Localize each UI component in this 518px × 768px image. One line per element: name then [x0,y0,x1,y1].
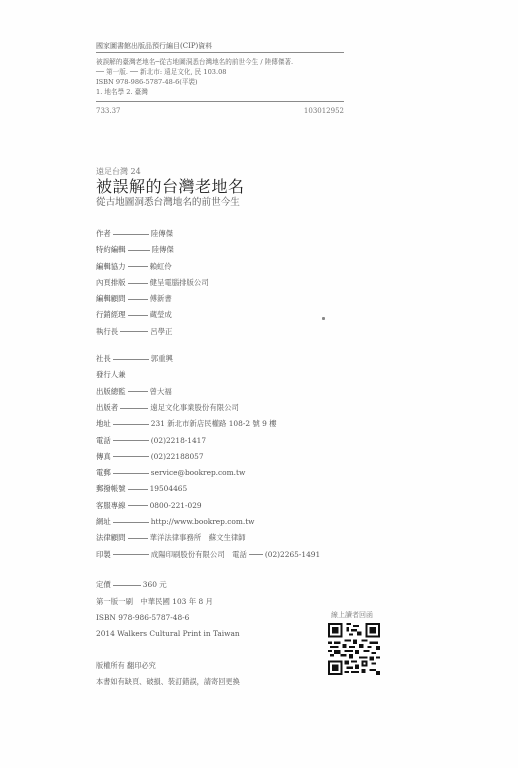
credit-row: 編輯顧問傅新書 [96,291,209,307]
leader-dash [113,554,149,555]
leader-dash [128,538,148,539]
credit-row: 電郵service@bookrep.com.tw [96,465,320,481]
leader-dash [120,331,148,332]
qr-label: 線上讀者回函 [320,610,384,620]
leader-dash [113,440,149,441]
credit-label: 出版者 [96,400,118,416]
leader-dash [128,489,148,490]
credit-label: 出版總監 [96,384,126,400]
leader-dash [128,299,148,300]
credit-value: 0800-221-029 [150,498,202,514]
credit-label: 電話 [96,433,111,449]
credit-row: 發行人兼 [96,367,320,383]
credit-row: 特約編輯陸傳傑 [96,242,209,258]
credit-row: 郵撥帳號19504465 [96,481,320,497]
credit-value: 華洋法律事務所 蘇文生律師 [150,530,246,546]
credit-label: 地址 [96,416,111,432]
credit-label: 特約編輯 [96,242,126,258]
credit-label: 客服專線 [96,498,126,514]
credit-value: (02)2218-1417 [151,433,206,449]
series-label: 遠足台灣 24 [96,166,141,177]
price-row: 定價 360 元 [96,577,240,593]
rights-line: 版權所有 翻印必究 [96,658,240,674]
rights-line: 本書如有缺頁、破損、裝訂錯誤，請寄回更換 [96,674,240,690]
credit-row: 法律顧問華洋法律事務所 蘇文生律師 [96,530,320,546]
credit-label: 編輯顧問 [96,291,126,307]
credit-row: 編輯協力賴虹伶 [96,259,209,275]
price-label: 定價 [96,577,111,593]
credit-value: 遠足文化事業股份有限公司 [150,400,239,416]
credit-value: 231 新北市新店民權路 108-2 號 9 樓 [151,416,277,432]
copyright-page: 國家圖書館出版品預行編目(CIP)資料 被誤解的臺灣老地名─從古地圖洞悉台灣地名… [0,0,518,768]
credit-row: 執行長呂學正 [96,324,209,340]
credit-value: 健呈電腦排版公司 [150,275,209,291]
price-value: 360 元 [143,577,167,593]
leader-dash [128,315,148,316]
leader-dash [113,522,149,523]
classification-number: 733.37 [96,107,121,115]
leader-dash [120,408,148,409]
leader-dash [113,234,149,235]
leader-dash [113,473,149,474]
leader-dash [128,505,148,506]
credit-row: 出版總監曾大福 [96,384,320,400]
credit-label: 社長 [96,351,111,367]
rights-notice: 版權所有 翻印必究 本書如有缺頁、破損、裝訂錯誤，請寄回更換 [96,658,240,690]
credit-value: 曾大福 [150,384,172,400]
leader-dash [113,585,141,586]
credit-row: 內頁排版健呈電腦排版公司 [96,275,209,291]
record-number: 103012952 [304,107,344,115]
credit-value: 郭重興 [151,351,173,367]
reader-feedback-qr[interactable]: 線上讀者回函 [320,610,384,679]
scan-speck [322,317,325,320]
credit-row: 行銷經理蔵瑩成 [96,307,209,323]
leader-dash [128,283,148,284]
credit-value: 呂學正 [150,324,172,340]
leader-dash [128,266,148,267]
credits-list: 作者陸傳傑特約編輯陸傳傑編輯協力賴虹伶內頁排版健呈電腦排版公司編輯顧問傅新書行銷… [96,226,209,340]
credit-row: 作者陸傳傑 [96,226,209,242]
credit-value: http://www.bookrep.com.tw [151,514,255,530]
publisher-info-list: 社長郭重興發行人兼出版總監曾大福出版者遠足文化事業股份有限公司地址231 新北市… [96,351,320,563]
credit-value: 傅新書 [150,291,172,307]
credit-value: 蔵瑩成 [150,307,172,323]
credit-label: 印製 [96,547,111,563]
cip-header: 國家圖書館出版品預行編目(CIP)資料 [96,40,344,52]
divider [96,101,344,102]
credit-row: 出版者遠足文化事業股份有限公司 [96,400,320,416]
credit-value: 陸傳傑 [152,242,174,258]
credit-value: service@bookrep.com.tw [151,465,245,481]
credit-value: 19504465 [150,481,188,497]
credit-value: 賴虹伶 [150,259,172,275]
isbn: ISBN 978-986-5787-48-6 [96,610,240,626]
cip-body: 被誤解的臺灣老地名─從古地圖洞悉台灣地名的前世今生 / 陸傳傑著. ── 第一版… [96,57,344,97]
credit-value: (02)22188057 [151,449,204,465]
credit-value: 陸傳傑 [151,226,173,242]
leader-dash [113,359,149,360]
leader-dash [113,456,149,457]
credit-label: 法律顧問 [96,530,126,546]
cip-footer: 733.37 103012952 [96,107,344,115]
credit-label: 網址 [96,514,111,530]
credit-row: 客服專線0800-221-029 [96,498,320,514]
edition: 第一版一刷 中華民國 103 年 8 月 [96,593,240,609]
qr-code-icon[interactable] [328,623,380,675]
cip-line: ISBN 978-986-5787-48-6(平裝) [96,77,344,87]
book-title: 被誤解的台灣老地名 [96,178,245,196]
cip-line: 被誤解的臺灣老地名─從古地圖洞悉台灣地名的前世今生 / 陸傳傑著. [96,57,344,67]
publication-info: 定價 360 元 第一版一刷 中華民國 103 年 8 月 ISBN 978-9… [96,577,240,642]
credit-row: 電話(02)2218-1417 [96,432,320,448]
cip-line: 1. 地名學 2. 臺灣 [96,87,344,97]
credit-label: 執行長 [96,324,118,340]
copyright-notice: 2014 Walkers Cultural Print in Taiwan [96,626,240,642]
credit-value: 成陽印刷股份有限公司 電話 [151,547,247,563]
credit-row: 網址http://www.bookrep.com.tw [96,514,320,530]
credit-label: 傳真 [96,449,111,465]
leader-dash [113,424,149,425]
leader-dash [249,554,263,555]
cip-line: ── 第一版. ── 新北市: 遠足文化, 民 103.08 [96,67,344,77]
credit-extra-value: (02)2265-1491 [265,547,320,563]
credit-label: 內頁排版 [96,275,126,291]
credit-label: 郵撥帳號 [96,481,126,497]
credit-label: 作者 [96,226,111,242]
credit-label: 行銷經理 [96,307,126,323]
credit-label: 編輯協力 [96,259,126,275]
leader-dash [128,250,150,251]
credit-label: 發行人兼 [96,367,126,383]
book-subtitle: 從古地圖洞悉台灣地名的前世今生 [96,197,240,209]
divider [96,52,344,53]
credit-label: 電郵 [96,465,111,481]
leader-dash [128,391,148,392]
credit-row: 地址231 新北市新店民權路 108-2 號 9 樓 [96,416,320,432]
credit-row: 印製成陽印刷股份有限公司 電話(02)2265-1491 [96,547,320,563]
cip-block: 國家圖書館出版品預行編目(CIP)資料 被誤解的臺灣老地名─從古地圖洞悉台灣地名… [96,40,344,115]
credit-row: 社長郭重興 [96,351,320,367]
credit-row: 傳真(02)22188057 [96,449,320,465]
